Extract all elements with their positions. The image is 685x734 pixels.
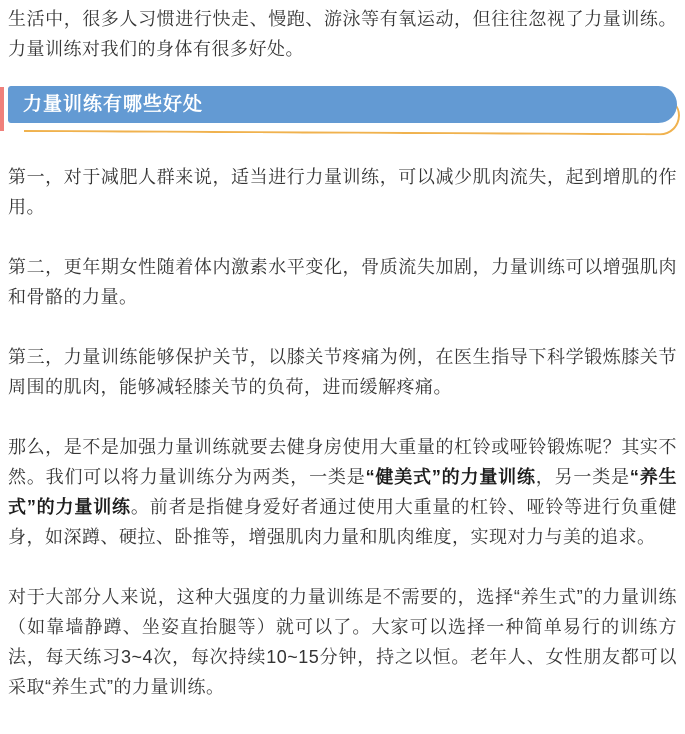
section-title: 力量训练有哪些好处 [8,86,677,123]
paragraph: 对于大部分人来说，这种大强度的力量训练是不需要的，选择“养生式”的力量训练（如靠… [8,582,677,702]
paragraph: 那么，是不是加强力量训练就要去健身房使用大重量的杠铃或哑铃锻炼呢？其实不然。我们… [8,432,677,552]
banner-background: 力量训练有哪些好处 [8,86,677,123]
banner-left-accent-stripe [0,87,4,131]
article-page: 生活中，很多人习惯进行快走、慢跑、游泳等有氧运动，但往往忽视了力量训练。力量训练… [0,0,685,734]
paragraph: 第二，更年期女性随着体内激素水平变化，骨质流失加剧，力量训练可以增强肌肉和骨骼的… [8,252,677,312]
text-segment: 第二，更年期女性随着体内激素水平变化，骨质流失加剧，力量训练可以增强肌肉和骨骼的… [8,257,677,307]
text-segment: 对于大部分人来说，这种大强度的力量训练是不需要的，选择“养生式”的力量训练（如靠… [8,587,677,697]
text-segment: ，另一类是 [536,467,630,487]
paragraph: 第一，对于减肥人群来说，适当进行力量训练，可以减少肌肉流失，起到增肌的作用。 [8,162,677,222]
intro-paragraph: 生活中，很多人习惯进行快走、慢跑、游泳等有氧运动，但往往忽视了力量训练。力量训练… [8,4,677,64]
text-segment: 第一，对于减肥人群来说，适当进行力量训练，可以减少肌肉流失，起到增肌的作用。 [8,167,677,217]
bold-text: “健美式”的力量训练 [366,467,536,487]
section-header-banner: 力量训练有哪些好处 [0,86,677,132]
paragraph: 第三，力量训练能够保护关节，以膝关节疼痛为例，在医生指导下科学锻炼膝关节周围的肌… [8,342,677,402]
text-segment: 第三，力量训练能够保护关节，以膝关节疼痛为例，在医生指导下科学锻炼膝关节周围的肌… [8,347,677,397]
article-body: 第一，对于减肥人群来说，适当进行力量训练，可以减少肌肉流失，起到增肌的作用。第二… [8,162,677,702]
